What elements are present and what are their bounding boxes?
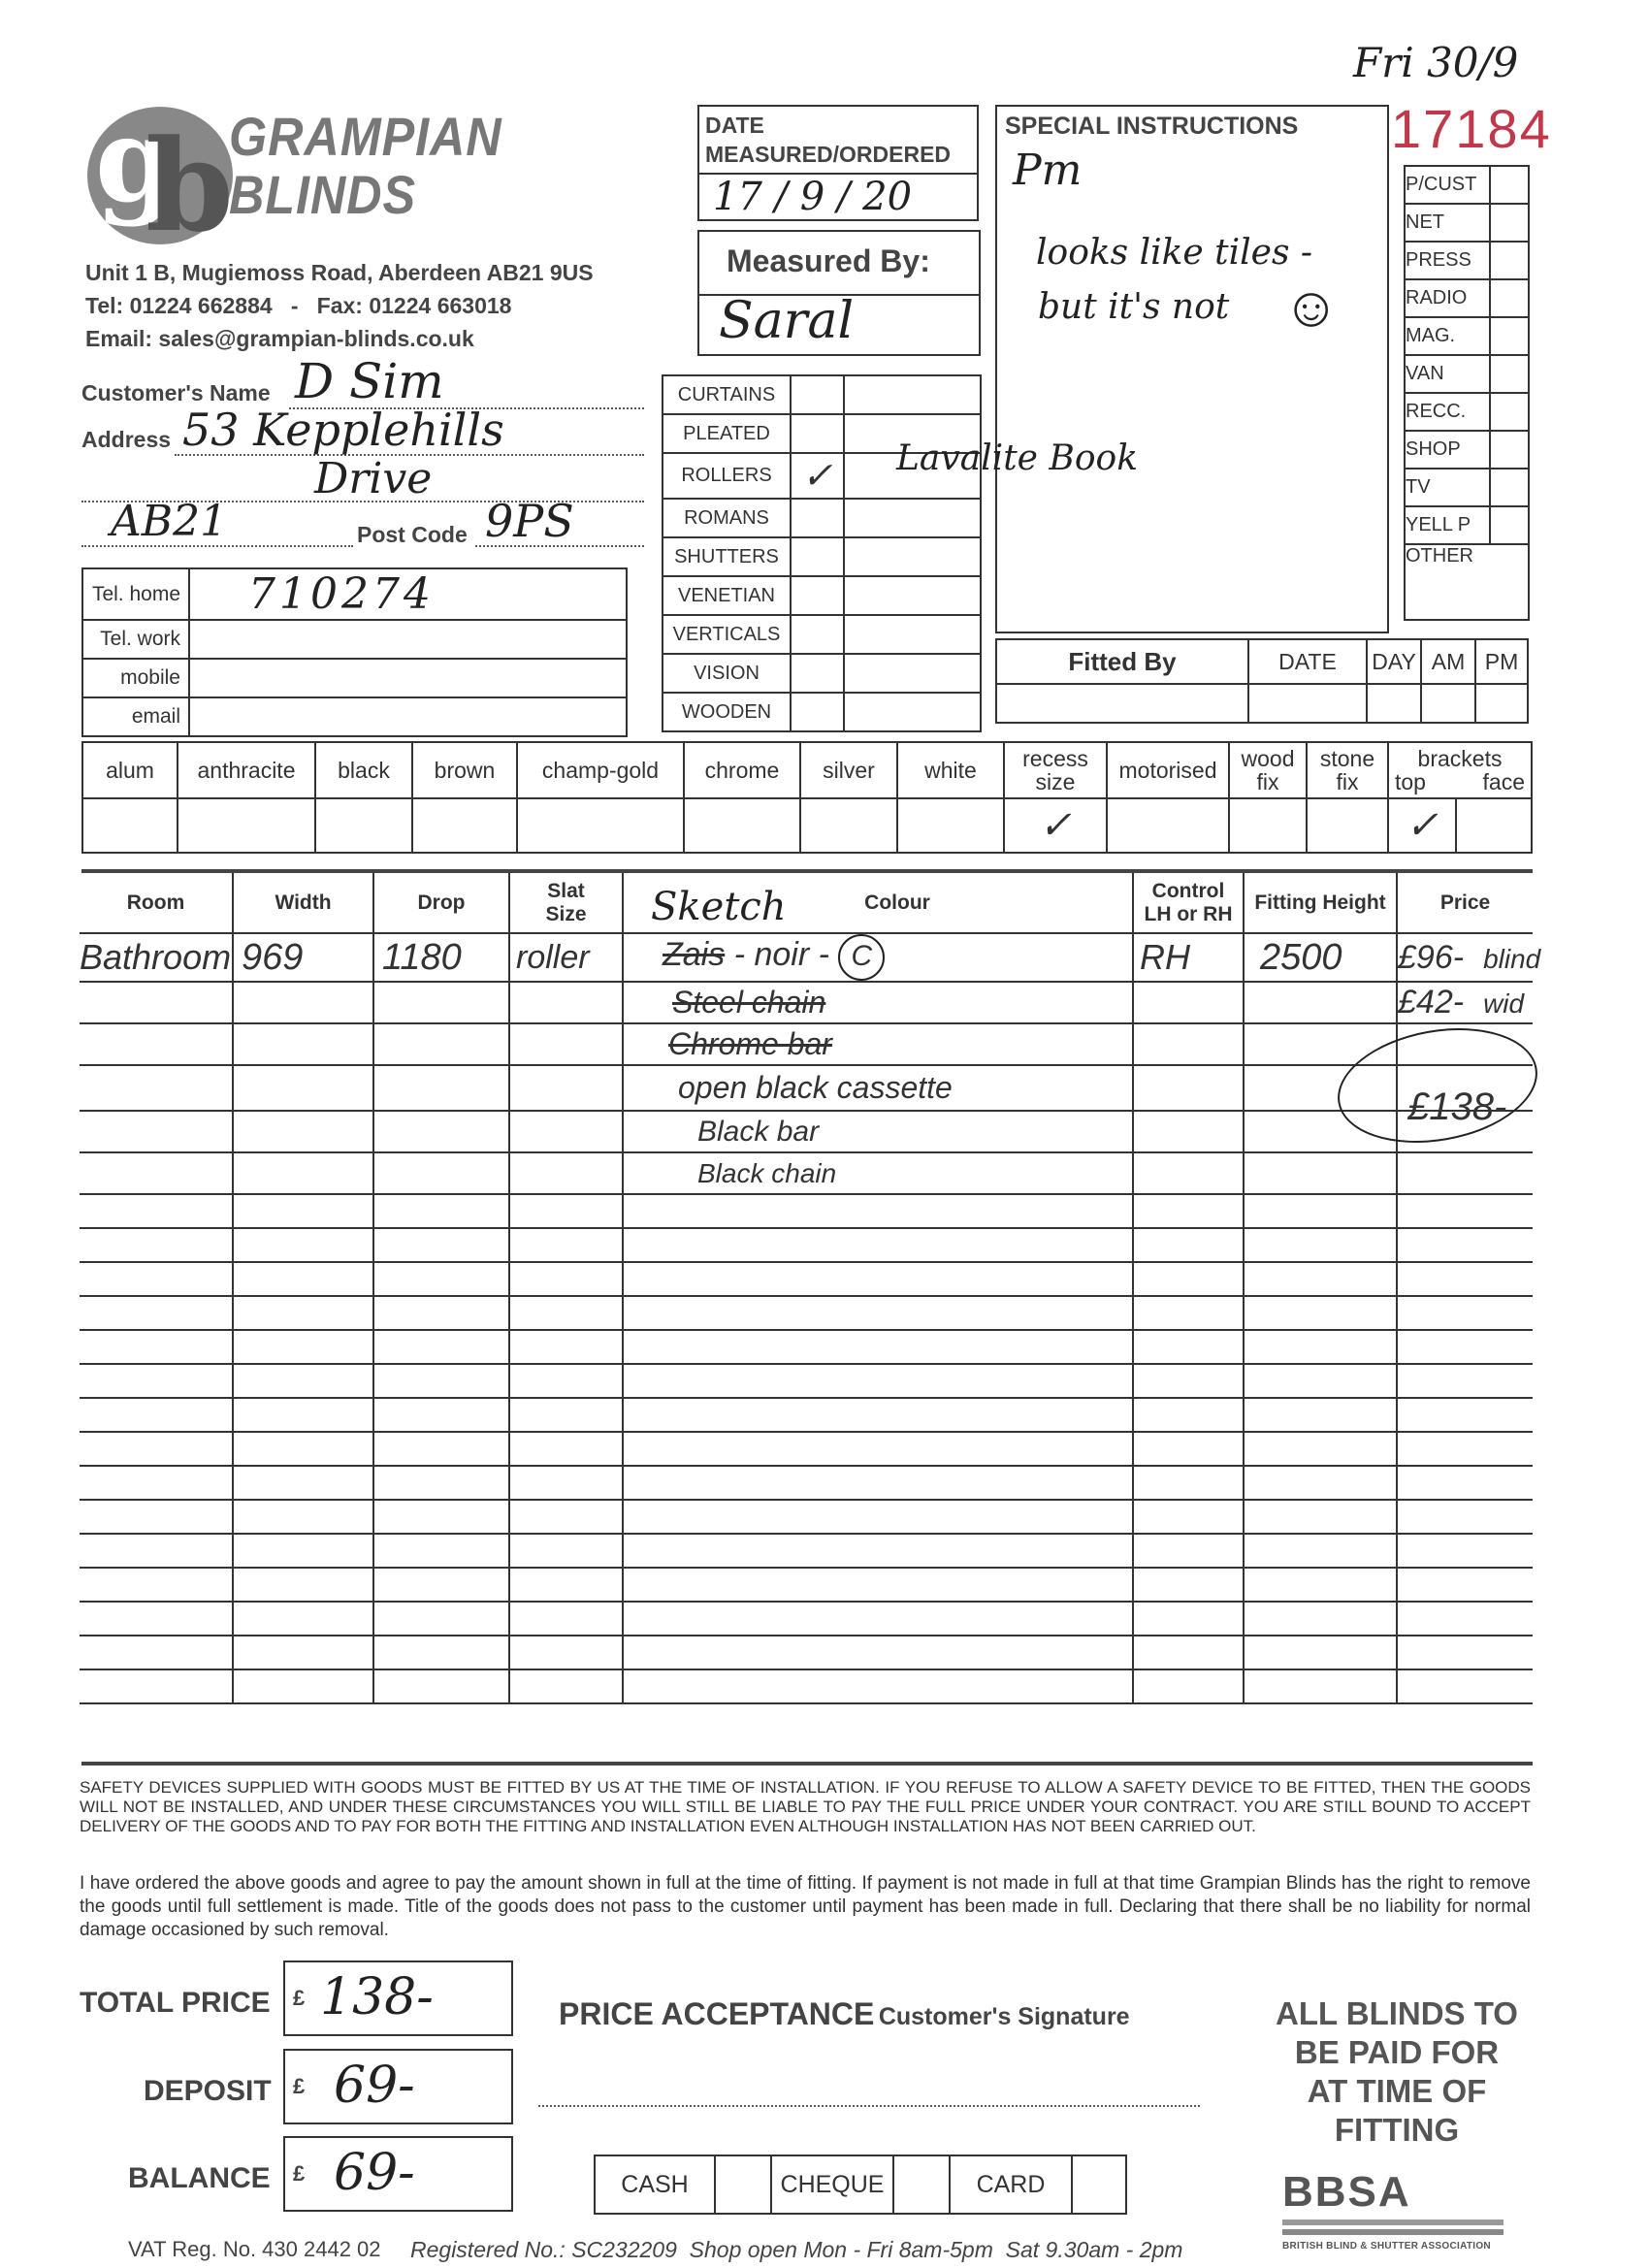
fitted-day-label: DAY <box>1367 639 1421 684</box>
row-room[interactable] <box>80 1330 233 1364</box>
deposit-field[interactable]: £ 69- <box>283 2049 513 2124</box>
row-room[interactable] <box>80 1568 233 1602</box>
row-control[interactable] <box>1133 1636 1244 1669</box>
row-control[interactable] <box>1133 1194 1244 1228</box>
row-width[interactable] <box>233 1534 373 1568</box>
row-slat[interactable] <box>509 1568 623 1602</box>
row-room[interactable] <box>80 1466 233 1500</box>
row-fitting[interactable] <box>1244 1500 1397 1534</box>
wood-fix-header: woodfix <box>1229 742 1307 798</box>
row-drop[interactable] <box>373 1330 509 1364</box>
row-control[interactable] <box>1133 1296 1244 1330</box>
signature-line[interactable] <box>538 2084 1200 2107</box>
row-room[interactable] <box>80 1065 233 1111</box>
row-room[interactable] <box>80 1296 233 1330</box>
table-row: open black cassette £138- <box>80 1065 1533 1111</box>
row-control[interactable] <box>1133 1364 1244 1398</box>
type-curtains: CURTAINS <box>663 375 791 414</box>
row-drop[interactable] <box>373 1228 509 1262</box>
company-address: Unit 1 B, Mugiemoss Road, Aberdeen AB21 … <box>85 260 594 286</box>
customer-signature-label: Customer's Signature <box>879 2003 1130 2030</box>
row-slat[interactable] <box>509 1364 623 1398</box>
row-price[interactable] <box>1397 1152 1533 1194</box>
row-colour[interactable]: Black chain <box>623 1152 1133 1194</box>
finish-white-check[interactable] <box>897 798 1004 853</box>
finish-options-table: alum anthracite black brown champ-gold c… <box>81 741 1533 854</box>
row-width[interactable] <box>233 1065 373 1111</box>
row-colour[interactable] <box>623 1398 1133 1432</box>
date-value[interactable]: 17 / 9 / 20 <box>713 175 912 219</box>
special-instructions-box: SPECIAL INSTRUCTIONS Pm looks like tiles… <box>995 105 1389 633</box>
table-row: Black bar <box>80 1111 1533 1152</box>
row-price[interactable] <box>1397 1296 1533 1330</box>
row-slat[interactable] <box>509 1228 623 1262</box>
total-price-field[interactable]: £ 138- <box>283 1960 513 2036</box>
row-width[interactable] <box>233 1602 373 1636</box>
row-width[interactable] <box>233 1432 373 1466</box>
row-slat[interactable] <box>509 1398 623 1432</box>
lh-rh-label: LH or RH <box>1134 903 1243 926</box>
wood-fix-check[interactable] <box>1229 798 1307 853</box>
row-control[interactable] <box>1133 1262 1244 1296</box>
colour-circle: C <box>838 934 885 981</box>
colour-struck: Zais <box>663 936 725 973</box>
type-check[interactable] <box>791 654 844 693</box>
row-price[interactable] <box>1397 1262 1533 1296</box>
row-slat[interactable] <box>509 1065 623 1111</box>
bbsa-wordmark: BBSA <box>1282 2171 1503 2214</box>
row-slat[interactable] <box>509 1669 623 1703</box>
row-price[interactable] <box>1397 1568 1533 1602</box>
row-drop[interactable] <box>373 1194 509 1228</box>
customer-name-label: Customer's Name <box>81 380 271 406</box>
address-field-1[interactable]: 53 Kepplehills <box>175 417 644 456</box>
col-room: Room <box>80 873 233 933</box>
row-price[interactable]: £42-wid <box>1397 982 1533 1023</box>
row-slat[interactable] <box>509 1194 623 1228</box>
company-phone: Tel: 01224 662884 - Fax: 01224 663018 <box>85 293 511 319</box>
source-shop: SHOP <box>1405 431 1490 469</box>
row-room[interactable] <box>80 982 233 1023</box>
brackets-top-check[interactable]: ✓ <box>1388 798 1456 853</box>
row-room[interactable] <box>80 1023 233 1065</box>
currency-symbol: £ <box>293 2074 305 2099</box>
row-price[interactable] <box>1397 1364 1533 1398</box>
row-fitting[interactable] <box>1244 982 1397 1023</box>
row-price[interactable] <box>1397 1636 1533 1669</box>
row-room[interactable] <box>80 1228 233 1262</box>
row-colour[interactable]: Black bar <box>623 1111 1133 1152</box>
row-price[interactable] <box>1397 1466 1533 1500</box>
brand-line2: BLINDS <box>229 163 416 226</box>
row-price[interactable] <box>1397 1602 1533 1636</box>
row-control[interactable]: RH <box>1133 933 1244 982</box>
row-drop[interactable] <box>373 1568 509 1602</box>
row-width[interactable] <box>233 1262 373 1296</box>
type-check[interactable] <box>791 499 844 537</box>
postcode-field[interactable]: 9PS <box>475 504 644 547</box>
row-width[interactable] <box>233 1398 373 1432</box>
fitted-pm-field[interactable] <box>1475 684 1528 723</box>
fitted-day-field[interactable] <box>1367 684 1421 723</box>
row-room[interactable] <box>80 1500 233 1534</box>
source-checkbox[interactable] <box>1490 242 1529 279</box>
row-fitting[interactable] <box>1244 1669 1397 1703</box>
measured-by-box: Measured By: Saral <box>697 230 981 356</box>
row-control[interactable] <box>1133 1023 1244 1065</box>
mobile-field[interactable] <box>189 659 627 697</box>
source-checkbox[interactable] <box>1490 431 1529 469</box>
deposit-label: DEPOSIT <box>144 2075 272 2108</box>
row-drop[interactable] <box>373 1398 509 1432</box>
row-colour[interactable] <box>623 1466 1133 1500</box>
row-colour[interactable] <box>623 1669 1133 1703</box>
row-colour[interactable] <box>623 1568 1133 1602</box>
row-fitting[interactable] <box>1244 1364 1397 1398</box>
col-fitting-height: Fitting Height <box>1244 873 1397 933</box>
email-label: email <box>82 697 189 736</box>
notice-line: ALL BLINDS TO <box>1203 1994 1591 2033</box>
stone-fix-header: stonefix <box>1307 742 1388 798</box>
row-control[interactable] <box>1133 982 1244 1023</box>
top-label: top <box>1395 770 1426 794</box>
type-check[interactable] <box>791 615 844 654</box>
row-drop[interactable] <box>373 1636 509 1669</box>
row-control[interactable] <box>1133 1398 1244 1432</box>
row-price[interactable] <box>1397 1398 1533 1432</box>
row-room[interactable] <box>80 1262 233 1296</box>
finish-anthracite: anthracite <box>178 742 315 798</box>
notice-line: AT TIME OF <box>1203 2072 1591 2111</box>
row-slat[interactable] <box>509 1111 623 1152</box>
row-room[interactable] <box>80 1364 233 1398</box>
row-colour[interactable] <box>623 1432 1133 1466</box>
row-slat[interactable] <box>509 1023 623 1065</box>
row-room[interactable] <box>80 1669 233 1703</box>
row-fitting[interactable] <box>1244 1432 1397 1466</box>
row-slat[interactable] <box>509 982 623 1023</box>
corner-note: Fri 30/9 <box>1353 39 1518 86</box>
fitted-by-field[interactable] <box>996 684 1248 723</box>
row-price[interactable]: £96-blind <box>1397 933 1533 982</box>
row-control[interactable] <box>1133 1065 1244 1111</box>
tel-home-field[interactable]: 710274 <box>189 568 627 620</box>
type-check[interactable] <box>791 375 844 414</box>
row-fitting[interactable] <box>1244 1228 1397 1262</box>
table-row <box>80 1194 1533 1228</box>
row-fitting[interactable]: 2500 <box>1244 933 1397 982</box>
table-row <box>80 1602 1533 1636</box>
finish-alum: alum <box>82 742 178 798</box>
row-control[interactable] <box>1133 1111 1244 1152</box>
row-fitting[interactable] <box>1244 1262 1397 1296</box>
row-control[interactable] <box>1133 1330 1244 1364</box>
colour-struck: Steel chain <box>672 985 825 1020</box>
row-colour[interactable] <box>623 1330 1133 1364</box>
row-fitting[interactable] <box>1244 1636 1397 1669</box>
fitted-am-field[interactable] <box>1421 684 1475 723</box>
row-room[interactable] <box>80 1111 233 1152</box>
card-checkbox[interactable] <box>1072 2155 1126 2214</box>
row-room[interactable] <box>80 1152 233 1194</box>
type-pleated: PLEATED <box>663 414 791 453</box>
price-acceptance: PRICE ACCEPTANCE Customer's Signature <box>559 1996 1130 2032</box>
row-colour[interactable] <box>623 1296 1133 1330</box>
row-colour[interactable] <box>623 1262 1133 1296</box>
postcode-label: Post Code <box>357 522 468 548</box>
row-slat[interactable] <box>509 1602 623 1636</box>
row-drop[interactable] <box>373 1065 509 1111</box>
row-fitting[interactable] <box>1244 1602 1397 1636</box>
table-row <box>80 1364 1533 1398</box>
row-fitting[interactable] <box>1244 1466 1397 1500</box>
row-fitting[interactable] <box>1244 1398 1397 1432</box>
row-drop[interactable] <box>373 1466 509 1500</box>
type-check[interactable] <box>791 537 844 576</box>
row-drop[interactable] <box>373 1296 509 1330</box>
row-control[interactable] <box>1133 1500 1244 1534</box>
row-drop[interactable] <box>373 1023 509 1065</box>
row-price[interactable] <box>1397 1194 1533 1228</box>
source-checkbox[interactable] <box>1490 279 1529 317</box>
face-label: face <box>1483 770 1525 794</box>
brand-line1: GRAMPIAN <box>229 105 502 168</box>
row-width[interactable] <box>233 1111 373 1152</box>
price-note: wid <box>1483 988 1524 1019</box>
address-field-3[interactable]: AB21 <box>81 504 353 547</box>
measured-by-value[interactable]: Saral <box>719 292 854 350</box>
source-checkbox[interactable] <box>1490 393 1529 431</box>
row-fitting[interactable] <box>1244 1194 1397 1228</box>
row-fitting[interactable] <box>1244 1296 1397 1330</box>
row-fitting[interactable] <box>1244 1152 1397 1194</box>
control-label: Control <box>1134 880 1243 903</box>
table-row: Bathroom 969 1180 roller Zais - noir - C… <box>80 933 1533 982</box>
row-drop[interactable] <box>373 982 509 1023</box>
col-slat-size: SlatSize <box>509 873 623 933</box>
row-drop[interactable] <box>373 1111 509 1152</box>
total-price-value: 138- <box>320 1968 434 2026</box>
colour-value: - noir - <box>734 936 829 973</box>
source-pcust: P/CUST <box>1405 166 1490 204</box>
source-yellp: YELL P <box>1405 506 1490 544</box>
table-row: Chrome bar <box>80 1023 1533 1065</box>
row-width[interactable] <box>233 1568 373 1602</box>
source-press: PRESS <box>1405 242 1490 279</box>
special-note-line2[interactable]: but it's not <box>1038 287 1229 327</box>
finish-black-check[interactable] <box>315 798 412 853</box>
row-room[interactable] <box>80 1432 233 1466</box>
fitted-date-label: DATE <box>1248 639 1367 684</box>
row-width[interactable] <box>233 1636 373 1669</box>
row-colour[interactable]: open black cassette <box>623 1065 1133 1111</box>
email-field[interactable] <box>189 697 627 736</box>
row-fitting[interactable] <box>1244 1534 1397 1568</box>
recess-size-check[interactable]: ✓ <box>1004 798 1107 853</box>
notice-line: BE PAID FOR <box>1203 2033 1591 2072</box>
row-width[interactable] <box>233 1466 373 1500</box>
row-width[interactable] <box>233 1228 373 1262</box>
row-colour[interactable] <box>623 1636 1133 1669</box>
type-check[interactable] <box>791 693 844 731</box>
row-price[interactable] <box>1397 1330 1533 1364</box>
row-slat[interactable] <box>509 1296 623 1330</box>
row-colour[interactable] <box>623 1194 1133 1228</box>
row-control[interactable] <box>1133 1466 1244 1500</box>
source-van: VAN <box>1405 355 1490 393</box>
row-colour[interactable]: Zais - noir - C <box>623 933 1133 982</box>
row-width[interactable] <box>233 1364 373 1398</box>
row-price[interactable] <box>1397 1228 1533 1262</box>
type-check[interactable] <box>791 414 844 453</box>
deposit-value: 69- <box>334 2057 415 2115</box>
row-width[interactable] <box>233 1669 373 1703</box>
row-drop[interactable]: 1180 <box>373 933 509 982</box>
row-drop[interactable] <box>373 1432 509 1466</box>
row-colour[interactable]: Steel chain <box>623 982 1133 1023</box>
row-room[interactable] <box>80 1534 233 1568</box>
row-width[interactable] <box>233 1500 373 1534</box>
row-control[interactable] <box>1133 1534 1244 1568</box>
type-note <box>844 499 981 537</box>
row-drop[interactable] <box>373 1669 509 1703</box>
brackets-face-check[interactable] <box>1456 798 1532 853</box>
row-colour[interactable] <box>623 1534 1133 1568</box>
fix-label: fix <box>1230 770 1306 794</box>
row-slat[interactable] <box>509 1500 623 1534</box>
finish-alum-check[interactable] <box>82 798 178 853</box>
row-price[interactable] <box>1397 1669 1533 1703</box>
row-drop[interactable] <box>373 1262 509 1296</box>
type-note <box>844 615 981 654</box>
source-checkbox[interactable] <box>1490 317 1529 355</box>
rollers-note[interactable]: Lavalite Book <box>896 438 1138 478</box>
row-slat[interactable] <box>509 1636 623 1669</box>
row-drop[interactable] <box>373 1534 509 1568</box>
row-slat[interactable] <box>509 1262 623 1296</box>
row-slat[interactable] <box>509 1432 623 1466</box>
row-fitting[interactable] <box>1244 1568 1397 1602</box>
balance-field[interactable]: £ 69- <box>283 2136 513 2212</box>
agreement-text: I have ordered the above goods and agree… <box>80 1872 1531 1942</box>
total-price-label: TOTAL PRICE <box>80 1987 271 2020</box>
row-slat[interactable] <box>509 1466 623 1500</box>
row-colour[interactable] <box>623 1228 1133 1262</box>
row-control[interactable] <box>1133 1432 1244 1466</box>
row-slat[interactable] <box>509 1534 623 1568</box>
row-drop[interactable] <box>373 1602 509 1636</box>
finish-silver-check[interactable] <box>800 798 897 853</box>
bbsa-logo: BBSA BRITISH BLIND & SHUTTER ASSOCIATION <box>1282 2171 1503 2252</box>
row-drop[interactable] <box>373 1500 509 1534</box>
source-other[interactable]: OTHER <box>1405 544 1529 620</box>
row-room[interactable] <box>80 1398 233 1432</box>
row-room[interactable] <box>80 1602 233 1636</box>
row-width[interactable]: 969 <box>233 933 373 982</box>
finish-anthracite-check[interactable] <box>178 798 315 853</box>
source-checkbox[interactable] <box>1490 506 1529 544</box>
special-note-line1[interactable]: looks like tiles - <box>1036 233 1312 273</box>
date-box: DATE MEASURED/ORDERED 17 / 9 / 20 <box>697 105 979 221</box>
row-price[interactable] <box>1397 1534 1533 1568</box>
table-row <box>80 1432 1533 1466</box>
source-checkbox[interactable] <box>1490 204 1529 242</box>
finish-brown-check[interactable] <box>412 798 517 853</box>
row-fitting[interactable] <box>1244 1330 1397 1364</box>
source-checkbox[interactable] <box>1490 469 1529 506</box>
row-width[interactable] <box>233 1194 373 1228</box>
row-slat[interactable] <box>509 1330 623 1364</box>
source-table: P/CUST NET PRESS RADIO MAG. VAN RECC. SH… <box>1404 165 1530 621</box>
cheque-checkbox[interactable] <box>893 2155 950 2214</box>
row-control[interactable] <box>1133 1602 1244 1636</box>
fitted-date-field[interactable] <box>1248 684 1367 723</box>
address-line2: Drive <box>314 454 432 503</box>
special-note-pm[interactable]: Pm <box>1013 146 1082 195</box>
contact-table: Tel. home710274 Tel. work mobile email <box>81 567 628 737</box>
row-drop[interactable] <box>373 1364 509 1398</box>
row-colour[interactable]: Chrome bar <box>623 1023 1133 1065</box>
type-check[interactable] <box>791 576 844 615</box>
type-check-rollers[interactable]: ✓ <box>791 453 844 499</box>
brackets-label: brackets <box>1389 747 1531 770</box>
motorised-check[interactable] <box>1107 798 1229 853</box>
address-line3: AB21 <box>111 497 227 546</box>
source-checkbox[interactable] <box>1490 166 1529 204</box>
table-row <box>80 1330 1533 1364</box>
row-colour[interactable] <box>623 1500 1133 1534</box>
finish-chrome-check[interactable] <box>684 798 800 853</box>
finish-champ-gold-check[interactable] <box>517 798 684 853</box>
row-price[interactable] <box>1397 1500 1533 1534</box>
source-checkbox[interactable] <box>1490 355 1529 393</box>
row-control[interactable] <box>1133 1228 1244 1262</box>
col-drop: Drop <box>373 873 509 933</box>
row-width[interactable] <box>233 982 373 1023</box>
row-drop[interactable] <box>373 1152 509 1194</box>
row-width[interactable] <box>233 1023 373 1065</box>
postcode-value: 9PS <box>485 495 574 547</box>
row-slat[interactable]: roller <box>509 933 623 982</box>
type-vision: VISION <box>663 654 791 693</box>
row-control[interactable] <box>1133 1669 1244 1703</box>
row-width[interactable] <box>233 1296 373 1330</box>
row-colour[interactable] <box>623 1602 1133 1636</box>
row-control[interactable] <box>1133 1568 1244 1602</box>
row-room[interactable] <box>80 1636 233 1669</box>
currency-symbol: £ <box>293 2161 305 2187</box>
row-price[interactable] <box>1397 1432 1533 1466</box>
row-room[interactable]: Bathroom <box>80 933 233 982</box>
stone-fix-check[interactable] <box>1307 798 1388 853</box>
slat-label: Slat <box>510 880 622 903</box>
cash-label: CASH <box>595 2155 715 2214</box>
row-control[interactable] <box>1133 1152 1244 1194</box>
tel-work-label: Tel. work <box>82 620 189 659</box>
cash-checkbox[interactable] <box>715 2155 771 2214</box>
vat-number: VAT Reg. No. 430 2442 02 <box>128 2237 381 2262</box>
row-room[interactable] <box>80 1194 233 1228</box>
price-acceptance-title: PRICE ACCEPTANCE <box>559 1996 874 2031</box>
table-row: Black chain <box>80 1152 1533 1194</box>
finish-chrome: chrome <box>684 742 800 798</box>
row-slat[interactable] <box>509 1152 623 1194</box>
row-width[interactable] <box>233 1330 373 1364</box>
row-colour[interactable] <box>623 1364 1133 1398</box>
tel-work-field[interactable] <box>189 620 627 659</box>
row-width[interactable] <box>233 1152 373 1194</box>
balance-value: 69- <box>334 2144 415 2202</box>
